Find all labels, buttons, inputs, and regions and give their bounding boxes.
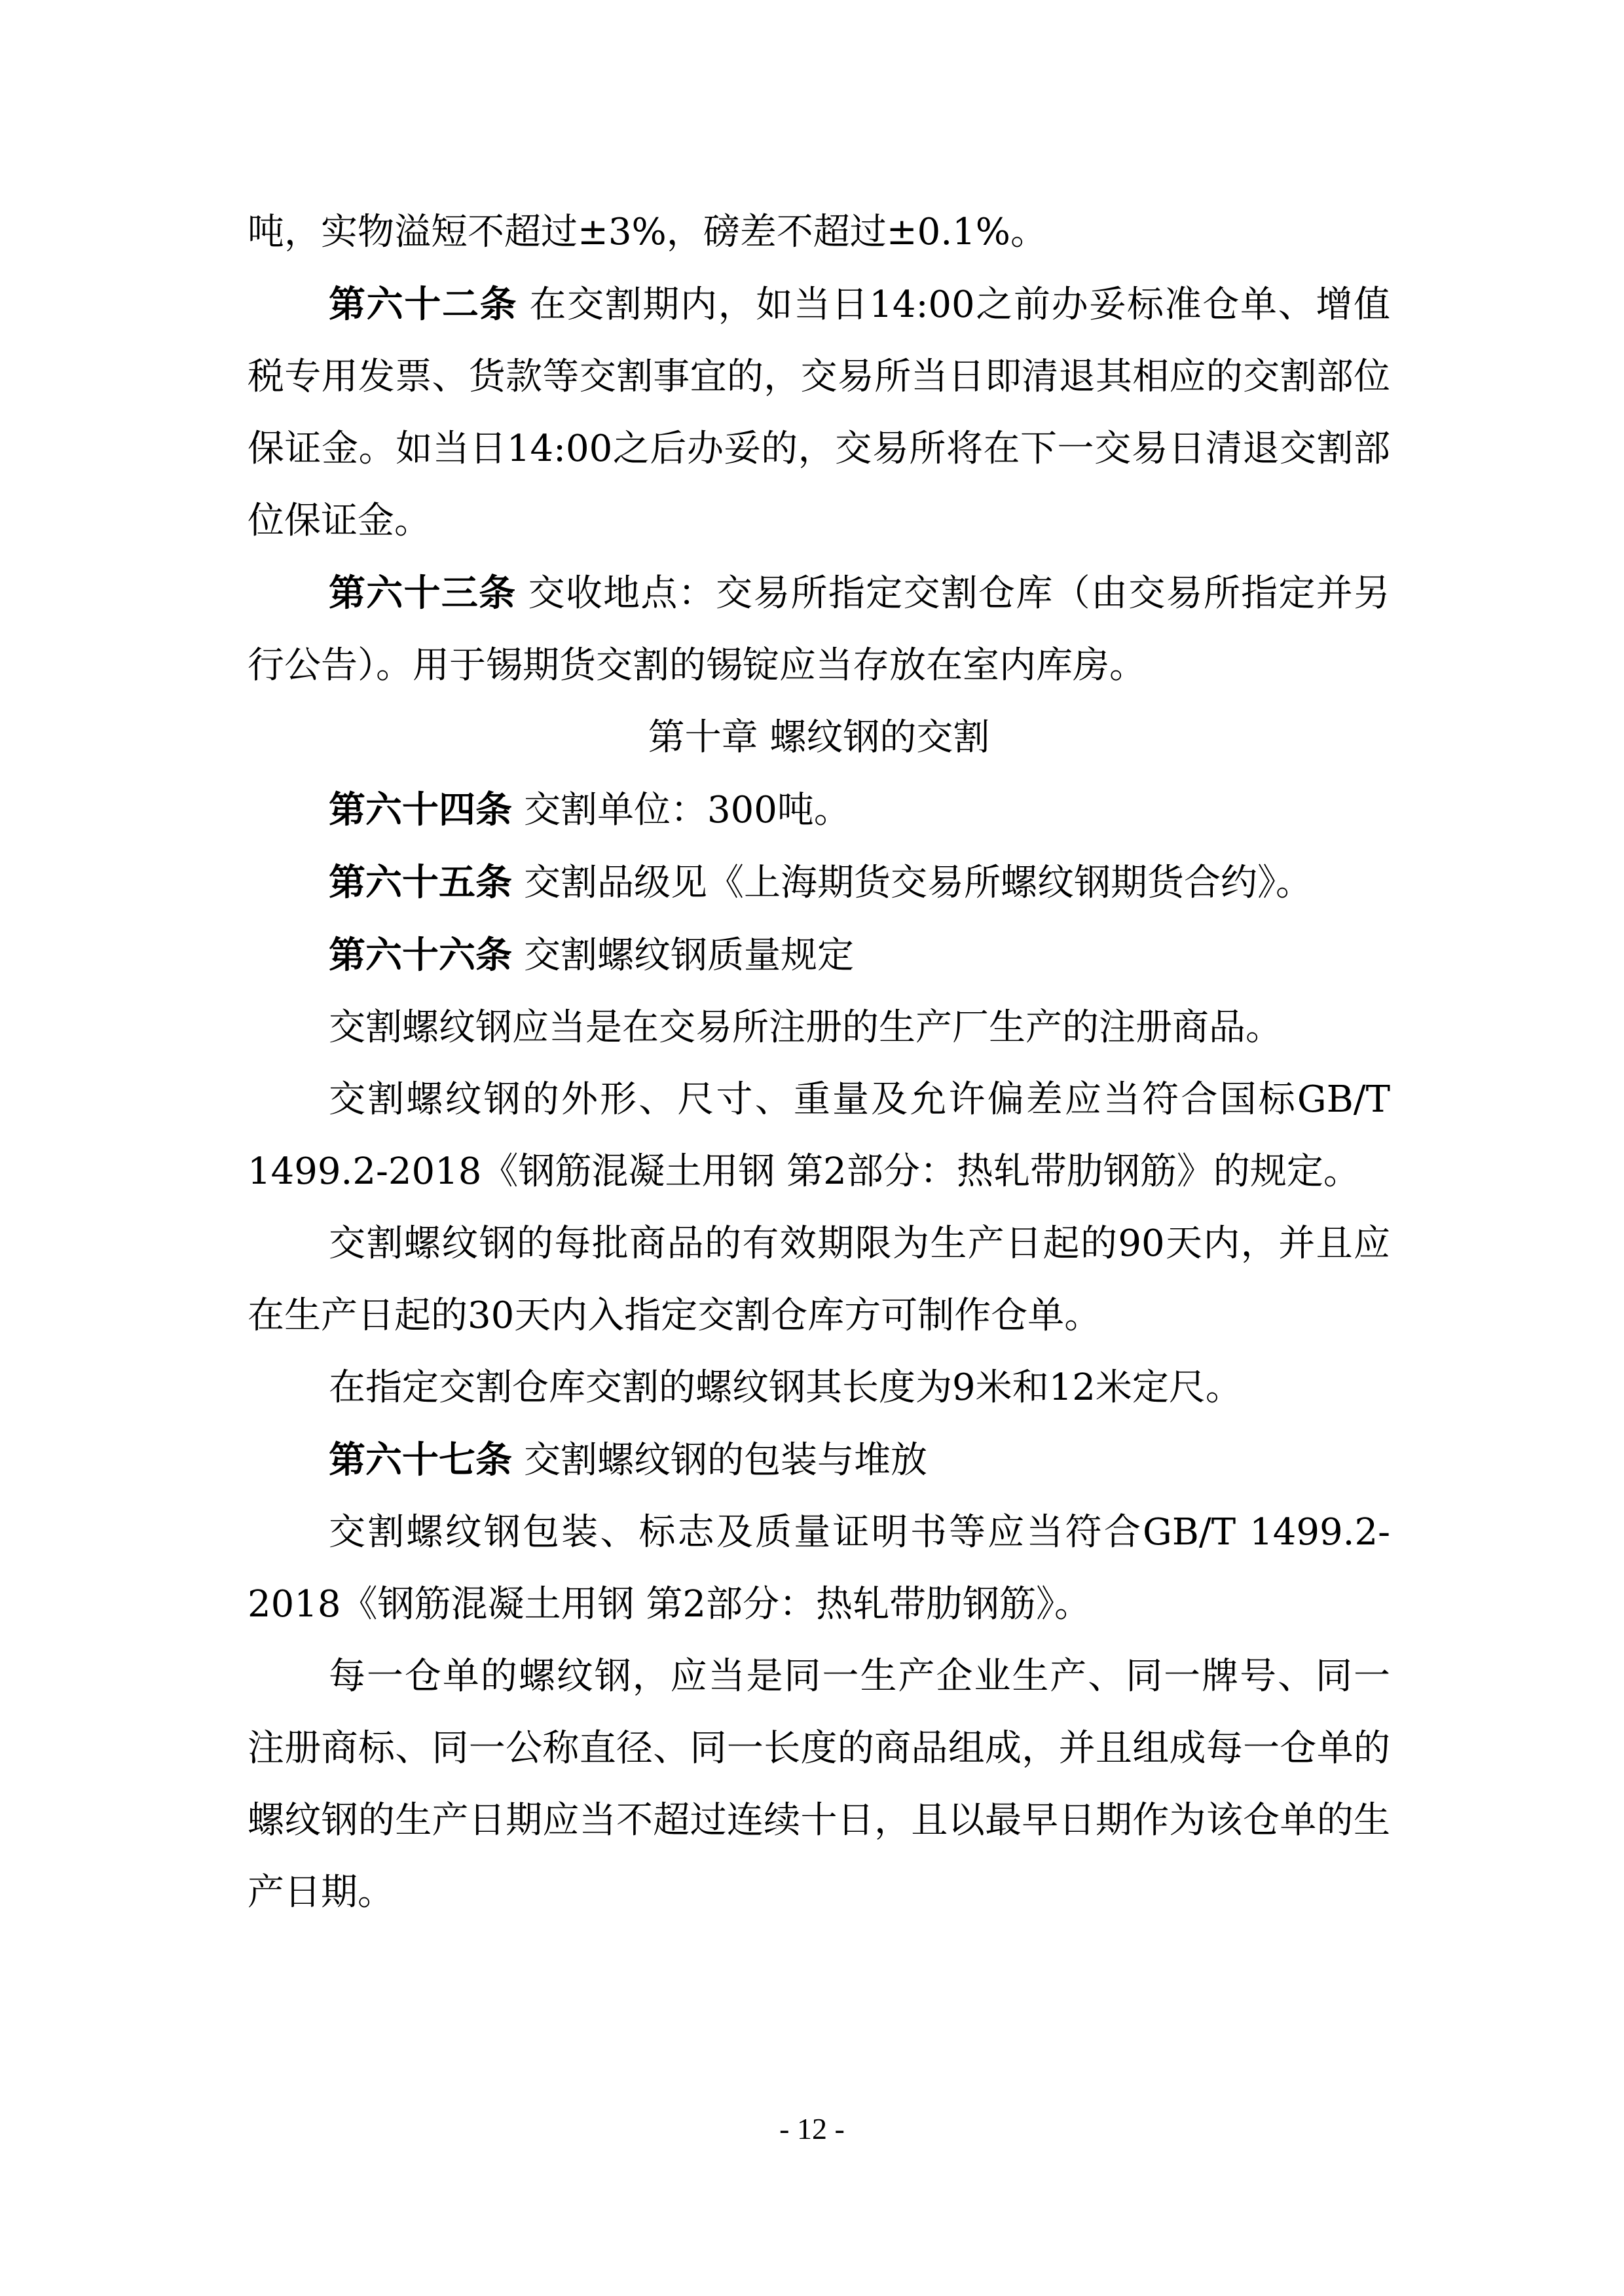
paragraph-text: 吨，实物溢短不超过±3%，磅差不超过±0.1%。 xyxy=(248,211,1047,253)
article-number: 第六十二条 xyxy=(329,283,517,326)
article-number: 第六十七条 xyxy=(329,1438,512,1482)
article-66: 第六十六条交割螺纹钢质量规定 xyxy=(248,919,1390,992)
paragraph: 每一仓单的螺纹钢，应当是同一生产企业生产、同一牌号、同一注册商标、同一公称直径、… xyxy=(248,1641,1390,1929)
article-64: 第六十四条交割单位：300吨。 xyxy=(248,774,1390,847)
paragraph-text: 交割品级见《上海期货交易所螺纹钢期货合约》。 xyxy=(524,862,1312,904)
chapter-heading: 第十章 螺纹钢的交割 xyxy=(248,702,1390,774)
article-65: 第六十五条交割品级见《上海期货交易所螺纹钢期货合约》。 xyxy=(248,847,1390,919)
page-number: - 12 - xyxy=(0,2111,1624,2146)
article-67: 第六十七条交割螺纹钢的包装与堆放 xyxy=(248,1424,1390,1497)
paragraph-text: 交割单位：300吨。 xyxy=(524,789,851,831)
article-62: 第六十二条在交割期内，如当日14:00之前办妥标准仓单、增值税专用发票、货款等交… xyxy=(248,268,1390,557)
paragraph: 在指定交割仓库交割的螺纹钢其长度为9米和12米定尺。 xyxy=(248,1352,1390,1424)
article-63: 第六十三条交收地点：交易所指定交割仓库（由交易所指定并另行公告）。用于锡期货交割… xyxy=(248,557,1390,702)
article-number: 第六十三条 xyxy=(329,572,516,615)
paragraph: 交割螺纹钢的每批商品的有效期限为生产日起的90天内，并且应在生产日起的30天内入… xyxy=(248,1208,1390,1352)
paragraph-text: 交割螺纹钢的包装与堆放 xyxy=(524,1439,927,1482)
paragraph: 交割螺纹钢包装、标志及质量证明书等应当符合GB/T 1499.2-2018《钢筋… xyxy=(248,1497,1390,1641)
article-number: 第六十五条 xyxy=(329,861,512,904)
paragraph-continued: 吨，实物溢短不超过±3%，磅差不超过±0.1%。 xyxy=(248,196,1390,268)
article-number: 第六十六条 xyxy=(329,934,512,977)
paragraph-text: 交割螺纹钢质量规定 xyxy=(524,934,854,977)
paragraph: 交割螺纹钢的外形、尺寸、重量及允许偏差应当符合国标GB/T 1499.2-201… xyxy=(248,1064,1390,1208)
document-page: 吨，实物溢短不超过±3%，磅差不超过±0.1%。 第六十二条在交割期内，如当日1… xyxy=(248,196,1390,1929)
article-number: 第六十四条 xyxy=(329,788,512,831)
paragraph: 交割螺纹钢应当是在交易所注册的生产厂生产的注册商品。 xyxy=(248,992,1390,1064)
